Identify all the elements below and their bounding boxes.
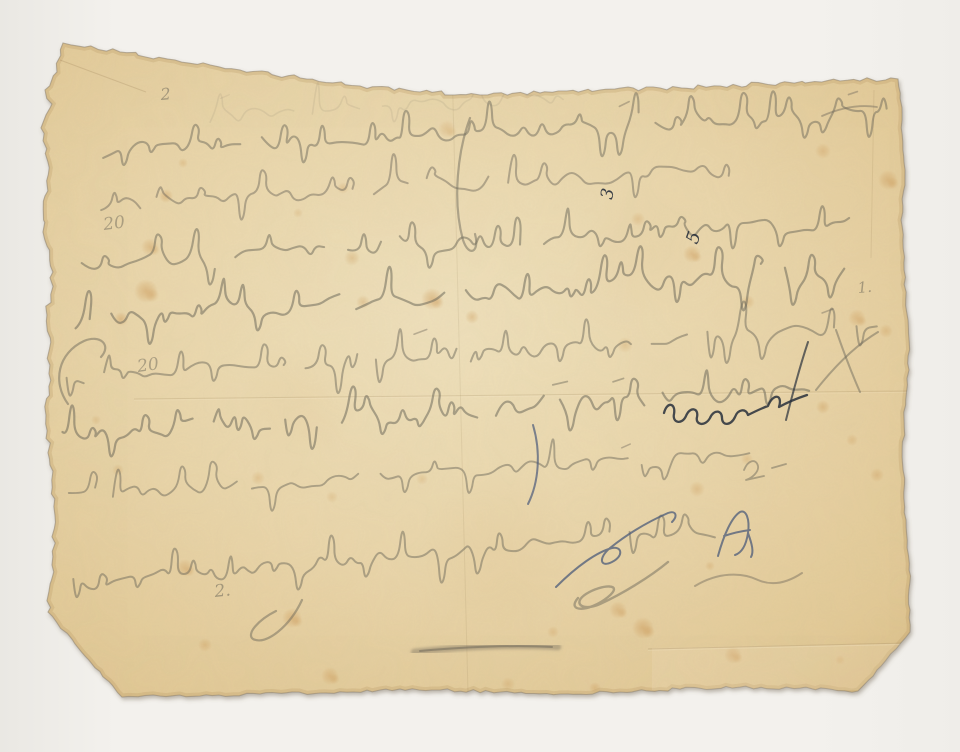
- paper-grain: [35, 30, 925, 710]
- scanned-handwritten-note: 22020351.2.: [0, 0, 960, 752]
- scanned-note-photo: 22020351.2.: [0, 0, 960, 752]
